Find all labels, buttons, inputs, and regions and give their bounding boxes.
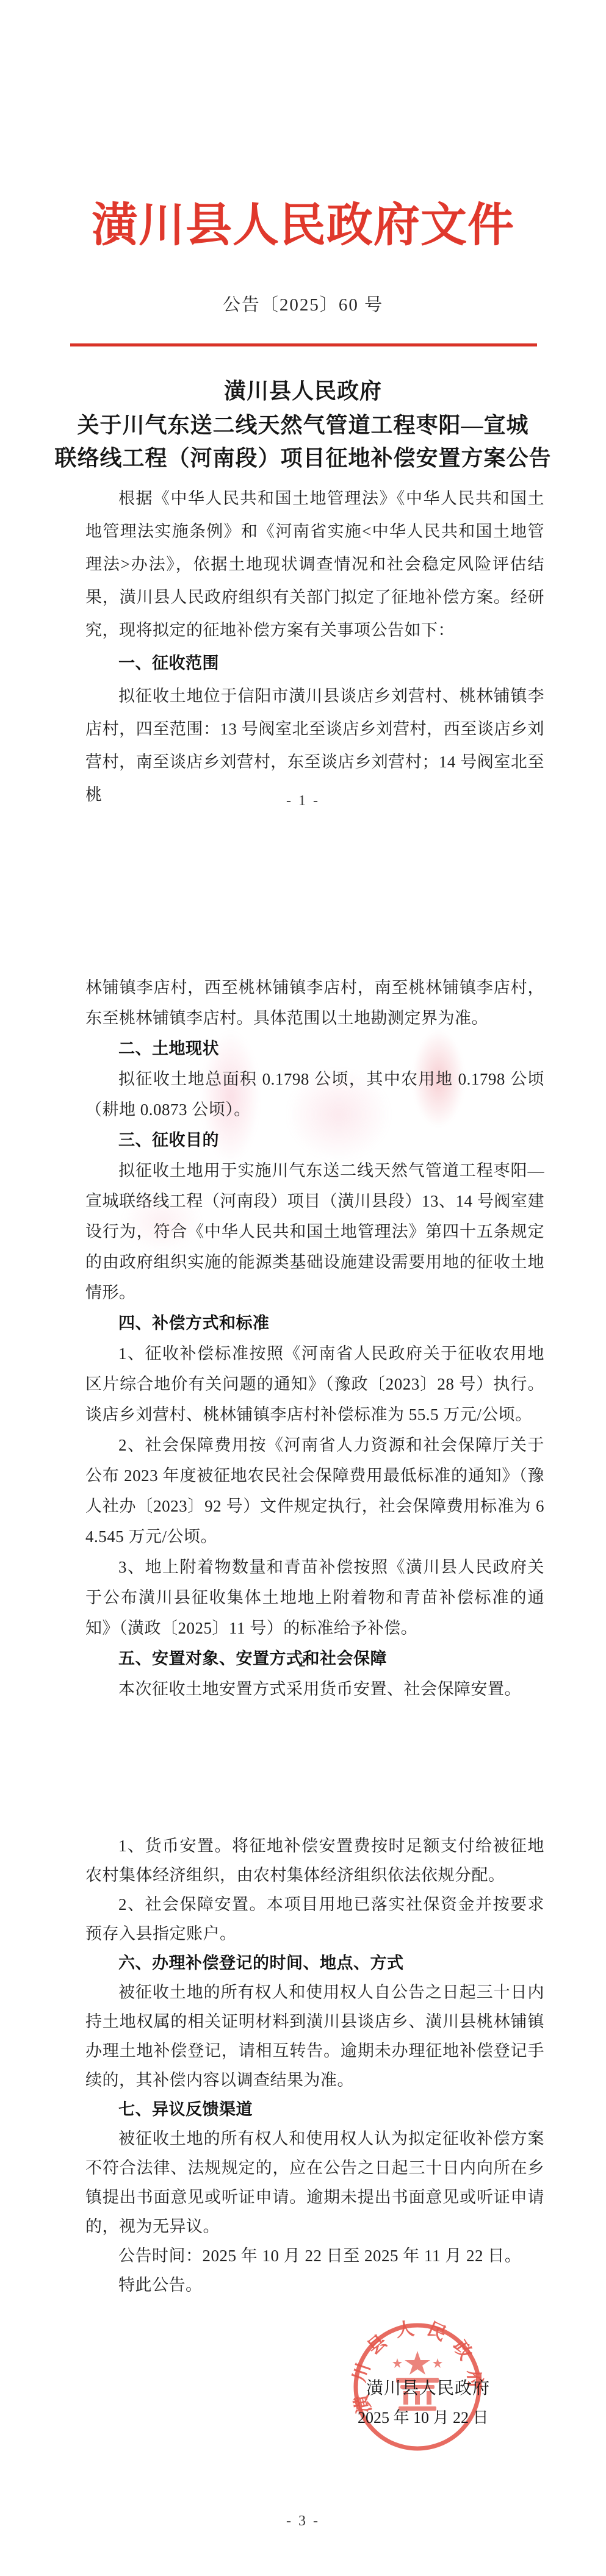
page3-body: 1、货币安置。将征地补偿安置费按时足额支付给被征地农村集体经济组织，由农村集体经… (85, 1831, 544, 2300)
page1-body: 根据《中华人民共和国土地管理法》《中华人民共和国土地管理法实施条例》和《河南省实… (85, 482, 544, 811)
section-heading-1: 一、征收范围 (85, 647, 544, 680)
paragraph-scope-continued: 林铺镇李店村，西至桃林铺镇李店村，南至桃林铺镇李店村，东至桃林铺镇李店村。具体范… (85, 972, 544, 1033)
red-banner-title: 潢川县人民政府文件 (0, 188, 606, 254)
paragraph-social-resettlement: 2、社会保障安置。本项目用地已落实社保资金并按要求预存入县指定账户。 (85, 1890, 544, 1948)
signature-authority: 潢川县人民政府 (366, 2375, 490, 2399)
paragraph-compensation-standard: 1、征收补偿标准按照《河南省人民政府关于征收农用地区片综合地价有关问题的通知》（… (85, 1338, 544, 1430)
paragraph-objection-channel: 被征收土地的所有权人和使用权人认为拟定征收补偿方案不符合法律、法规规定的，应在公… (85, 2124, 544, 2241)
paragraph-social-security-fee: 2、社会保障费用按《河南省人力资源和社会保障厅关于公布 2023 年度被征地农民… (85, 1430, 544, 1552)
paragraph-registration: 被征收土地的所有权人和使用权人自公告之日起三十日内持土地权属的相关证明材料到潢川… (85, 1978, 544, 2095)
paragraph-attachments-compensation: 3、地上附着物数量和青苗补偿按照《潢川县人民政府关于公布潢川县征收集体土地地上附… (85, 1552, 544, 1643)
paragraph-monetary-resettlement: 1、货币安置。将征地补偿安置费按时足额支付给被征地农村集体经济组织，由农村集体经… (85, 1831, 544, 1890)
page1-footer: - 1 - (0, 793, 606, 809)
signature-date: 2025 年 10 月 22 日 (358, 2405, 489, 2428)
paragraph-announcement-period: 公告时间：2025 年 10 月 22 日至 2025 年 11 月 22 日。 (85, 2241, 544, 2270)
section-heading-2: 二、土地现状 (85, 1033, 544, 1064)
section-heading-7: 七、异议反馈渠道 (85, 2095, 544, 2124)
document-title-line1: 潢川县人民政府 (0, 374, 606, 405)
paragraph-land-area: 拟征收土地总面积 0.1798 公顷，其中农用地 0.1798 公顷（耕地 0.… (85, 1064, 544, 1125)
paragraph-intro: 根据《中华人民共和国土地管理法》《中华人民共和国土地管理法实施条例》和《河南省实… (85, 482, 544, 647)
page2-footer: - 2 - (0, 1654, 606, 1671)
paragraph-purpose: 拟征收土地用于实施川气东送二线天然气管道工程枣阳—宣城联络线工程（河南段）项目（… (85, 1155, 544, 1308)
paragraph-resettlement-method: 本次征收土地安置方式采用货币安置、社会保障安置。 (85, 1674, 544, 1704)
section-heading-6: 六、办理补偿登记的时间、地点、方式 (85, 1948, 544, 1978)
page3-footer: - 3 - (0, 2513, 606, 2530)
page2-body: 林铺镇李店村，西至桃林铺镇李店村，南至桃林铺镇李店村，东至桃林铺镇李店村。具体范… (85, 972, 544, 1704)
red-divider-line (70, 343, 537, 346)
paragraph-hereby-announced: 特此公告。 (85, 2270, 544, 2300)
scanned-document: 潢川县人民政府文件 公告〔2025〕60 号 潢川县人民政府 关于川气东送二线天… (0, 0, 606, 2576)
document-title-line2: 关于川气东送二线天然气管道工程枣阳—宣城 (0, 408, 606, 439)
document-number: 公告〔2025〕60 号 (0, 291, 606, 316)
paragraph-scope: 拟征收土地位于信阳市潢川县谈店乡刘营村、桃林铺镇李店村，四至范围：13 号阀室北… (85, 680, 544, 811)
section-heading-3: 三、征收目的 (85, 1125, 544, 1155)
document-title-line3: 联络线工程（河南段）项目征地补偿安置方案公告 (0, 441, 606, 472)
section-heading-4: 四、补偿方式和标准 (85, 1308, 544, 1338)
